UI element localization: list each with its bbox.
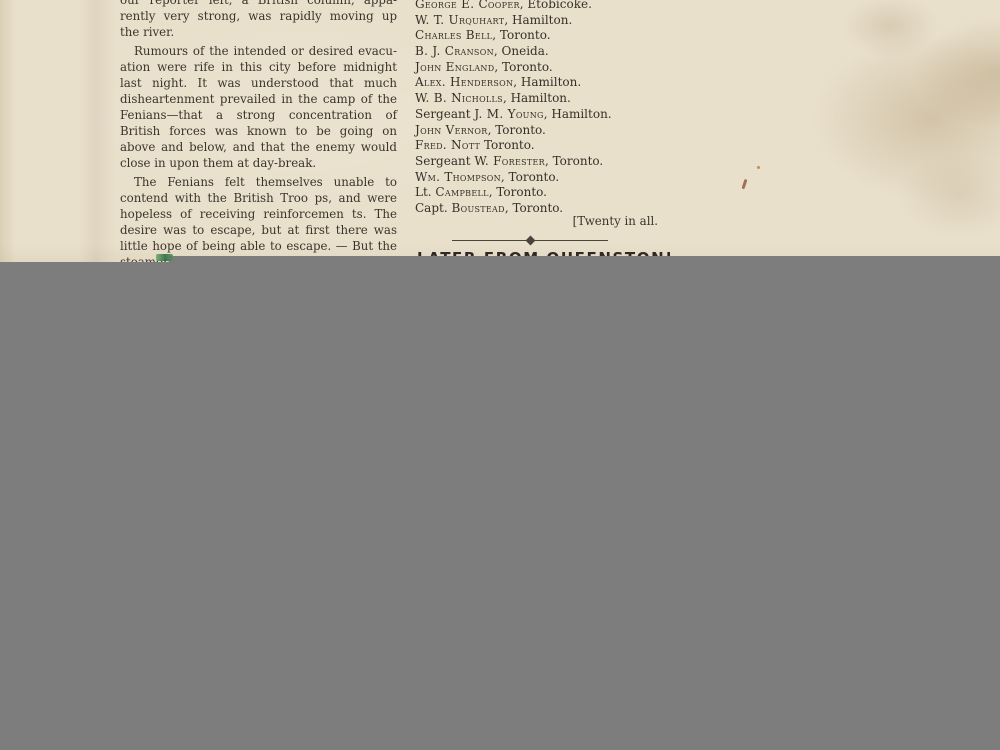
text-line: disheartenment prevailed in the camp of … [120, 91, 397, 107]
place-name: , Hamilton. [503, 91, 571, 105]
text-line: above and below, and that the enemy woul… [120, 139, 397, 155]
prisoner-name: Wm. Thompson [415, 170, 501, 184]
place-name: , Etobicoke. [520, 0, 592, 11]
prisoner-entry: John England, Toronto. [415, 60, 658, 76]
prisoner-entry: W. T. Urquhart, Hamilton. [415, 13, 658, 29]
prisoner-entry: Sergeant J. M. Young, Hamilton. [415, 107, 658, 123]
place-name: , Toronto. [505, 201, 563, 215]
prisoner-name: Charles Bell [415, 28, 492, 42]
green-smudge-mark [156, 254, 173, 261]
text-line: little hope of being able to escape. — B… [120, 238, 397, 254]
prisoner-name: Fred. Nott [415, 138, 480, 152]
text-line: our reporter left, a British column, app… [120, 0, 397, 8]
prisoner-name: John England [415, 60, 494, 74]
prisoner-name: John Vernor [415, 123, 488, 137]
text-line: last night. It was understood that much [120, 75, 397, 91]
prisoner-name: Alex. Henderson [415, 75, 513, 89]
prisoner-entry: Alex. Henderson, Hamilton. [415, 75, 658, 91]
ink-mark [742, 179, 747, 189]
text-line: rently very strong, was rapidly moving u… [120, 8, 397, 24]
prisoner-entry: Charles Bell, Toronto. [415, 28, 658, 44]
prisoner-name: W. T. Urquhart [415, 13, 504, 27]
prisoner-name: W. Forester [474, 154, 545, 168]
prisoner-entry: Lt. Campbell, Toronto. [415, 185, 658, 201]
divider-rule [452, 236, 608, 244]
rank-prefix: Capt. [415, 201, 451, 215]
rank-prefix: Sergeant [415, 107, 474, 121]
place-name: Toronto. [480, 138, 534, 152]
gray-overlay [0, 262, 1000, 750]
text-line: Rumours of the intended or desired evacu… [120, 43, 397, 59]
prisoner-entry: John Vernor, Toronto. [415, 123, 658, 139]
prisoner-entry: George E. Cooper, Etobicoke. [415, 0, 658, 13]
place-name: , Toronto. [545, 154, 603, 168]
place-name: , Toronto. [488, 123, 546, 137]
text-line: hopeless of receiving reinforcemen ts. T… [120, 206, 397, 222]
prisoner-entry: W. B. Nicholls, Hamilton. [415, 91, 658, 107]
prisoner-name: J. M. Young [474, 107, 543, 121]
rank-prefix: Sergeant [415, 154, 474, 168]
place-name: , Toronto. [489, 185, 547, 199]
place-name: , Hamilton. [504, 13, 572, 27]
text-line: ation were rife in this city before midn… [120, 59, 397, 75]
prisoner-list: George E. Cooper, Etobicoke.W. T. Urquha… [415, 0, 658, 217]
prisoner-name: George E. Cooper [415, 0, 520, 11]
divider-line [535, 240, 609, 241]
diamond-ornament-icon [525, 235, 535, 245]
text-line: desire was to escape, but at first there… [120, 222, 397, 238]
prisoner-entry: B. J. Cranson, Oneida. [415, 44, 658, 60]
text-line: close in upon them at day-break. [120, 155, 397, 171]
prisoner-name: Boustead [451, 201, 504, 215]
prisoner-name: B. J. Cranson [415, 44, 494, 58]
paragraph: our reporter left, a British column, app… [120, 0, 397, 40]
rank-prefix: Lt. [415, 185, 435, 199]
divider-line [452, 240, 526, 241]
place-name: , Hamilton. [544, 107, 612, 121]
text-line: Fenians—that a strong concentration of [120, 107, 397, 123]
place-name: , Toronto. [492, 28, 550, 42]
text-line: British forces was known to be going on [120, 123, 397, 139]
left-text-column: our reporter left, a British column, app… [120, 0, 397, 262]
prisoner-entry: Sergeant W. Forester, Toronto. [415, 154, 658, 170]
newspaper-scan: our reporter left, a British column, app… [0, 0, 1000, 262]
ink-speck [757, 166, 760, 169]
prisoner-entry: Wm. Thompson, Toronto. [415, 170, 658, 186]
paragraph: Rumours of the intended or desired evacu… [120, 43, 397, 171]
text-line: contend with the British Troo ps, and we… [120, 190, 397, 206]
place-name: , Oneida. [494, 44, 549, 58]
prisoner-name: Campbell [435, 185, 488, 199]
place-name: , Toronto. [494, 60, 552, 74]
text-line: The Fenians felt themselves unable to [120, 174, 397, 190]
prisoner-entry: Fred. Nott Toronto. [415, 138, 658, 154]
place-name: , Hamilton. [513, 75, 581, 89]
text-line: the river. [120, 24, 397, 40]
paragraph: The Fenians felt themselves unable tocon… [120, 174, 397, 262]
count-note: [Twenty in all. [415, 214, 660, 228]
place-name: , Toronto. [501, 170, 559, 184]
prisoner-name: W. B. Nicholls [415, 91, 503, 105]
